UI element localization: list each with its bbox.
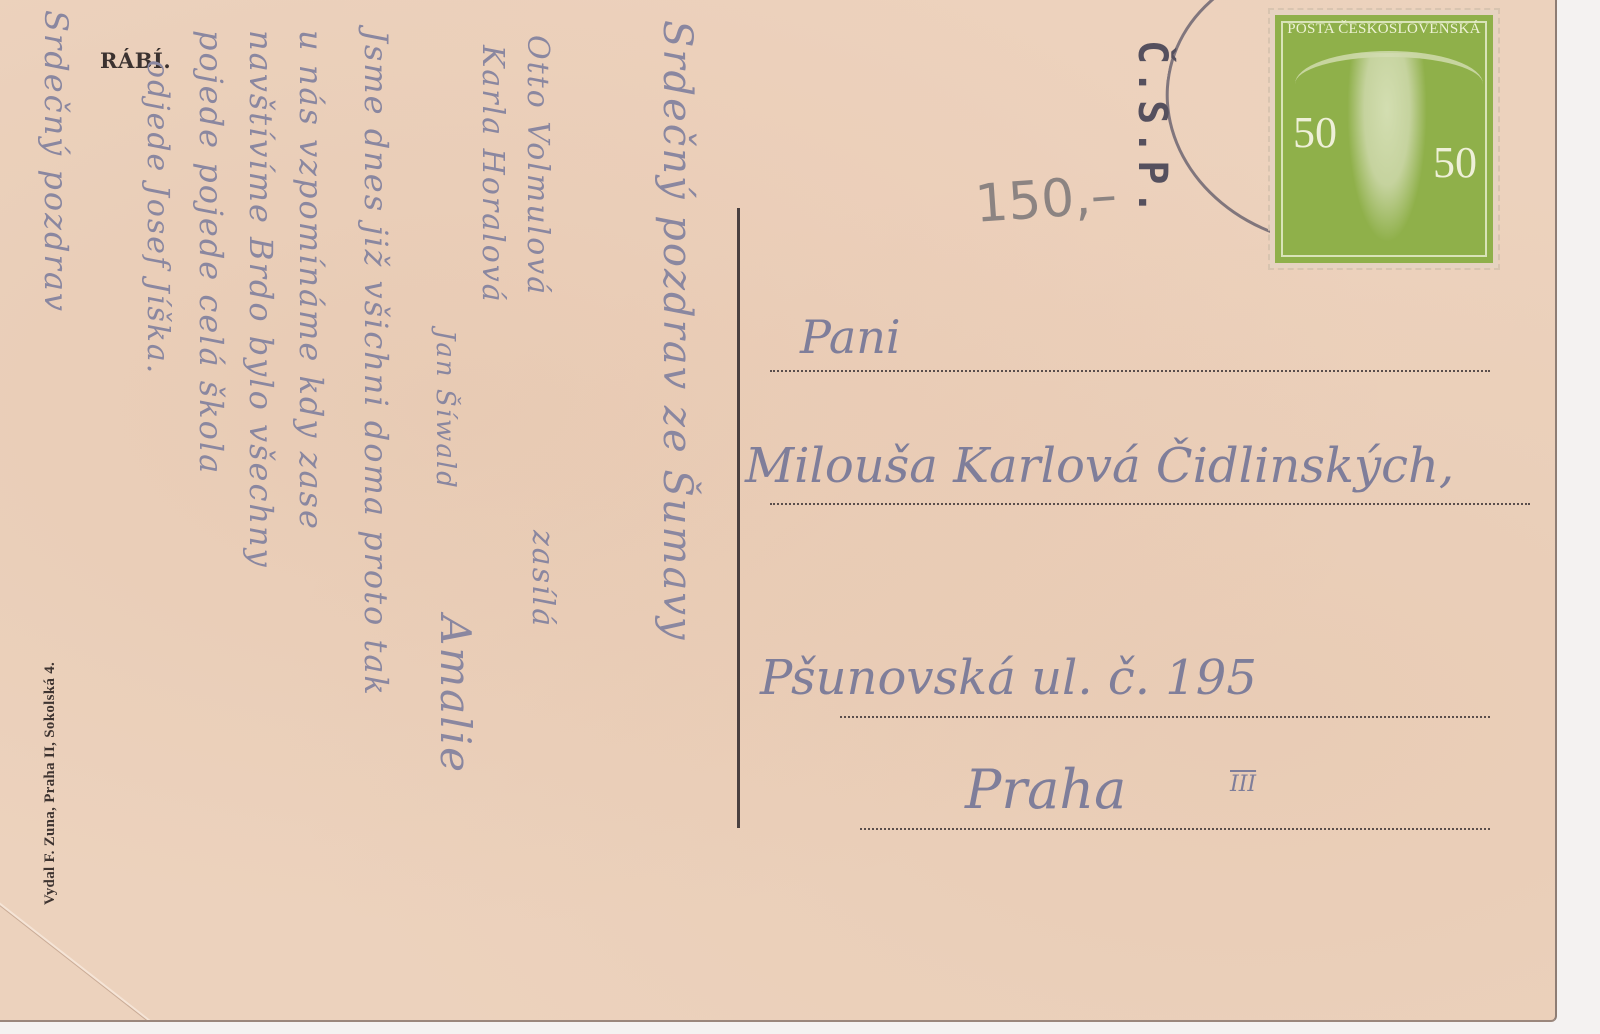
address-line-2 [770,503,1530,505]
message-line-8: navštívíme Brdo bylo všechny [242,30,280,569]
postmark-text: Č.S.P. [1129,40,1175,221]
publisher-imprint: Vydal F. Zuna, Praha II, Sokolská 4. [42,662,59,905]
message-line-11: Srdečný pozdrav [37,10,75,313]
message-line-2: Otto Volmulová [520,35,555,296]
divider-line [737,208,740,828]
address-salutation: Pani [800,310,901,364]
address-street: Pšunovská ul. č. 195 [760,650,1257,706]
address-city: Praha [965,758,1126,821]
address-district: III [1230,772,1256,797]
pencil-price-note: 150,– [973,165,1119,235]
stamp-value-right: 50 [1433,137,1477,188]
message-line-10: odjede Josef Jíška. [140,60,175,375]
corner-crease [0,895,164,1022]
address-line-1 [770,370,1490,372]
address-line-3 [840,716,1490,718]
message-line-7: u nás vzpomínáme kdy zase [292,30,330,531]
message-line-4: zasílá [525,530,560,628]
signature: Jan Šíwald [430,330,460,490]
address-name: Milouša Karlová Čidlinských, [745,438,1454,494]
message-line-6: Jsme dnes již všichni doma proto tak [357,30,395,697]
stamp-country: POSTA ČESKOSLOVENSKÁ [1275,21,1493,38]
stamp-figure [1347,53,1427,243]
message-line-3: Karla Horalová [475,45,510,304]
address-line-4 [860,828,1490,830]
postage-stamp: POSTA ČESKOSLOVENSKÁ 50 50 [1270,10,1498,268]
message-line-1: Srdečný pozdrav ze Šumavy [654,20,700,642]
message-line-9: pojede pojede celá škola [192,30,230,475]
message-line-5: Amalie [431,615,480,774]
stamp-value-left: 50 [1293,107,1337,158]
postcard: RÁBÍ. Vydal F. Zuna, Praha II, Sokolská … [0,0,1557,1022]
